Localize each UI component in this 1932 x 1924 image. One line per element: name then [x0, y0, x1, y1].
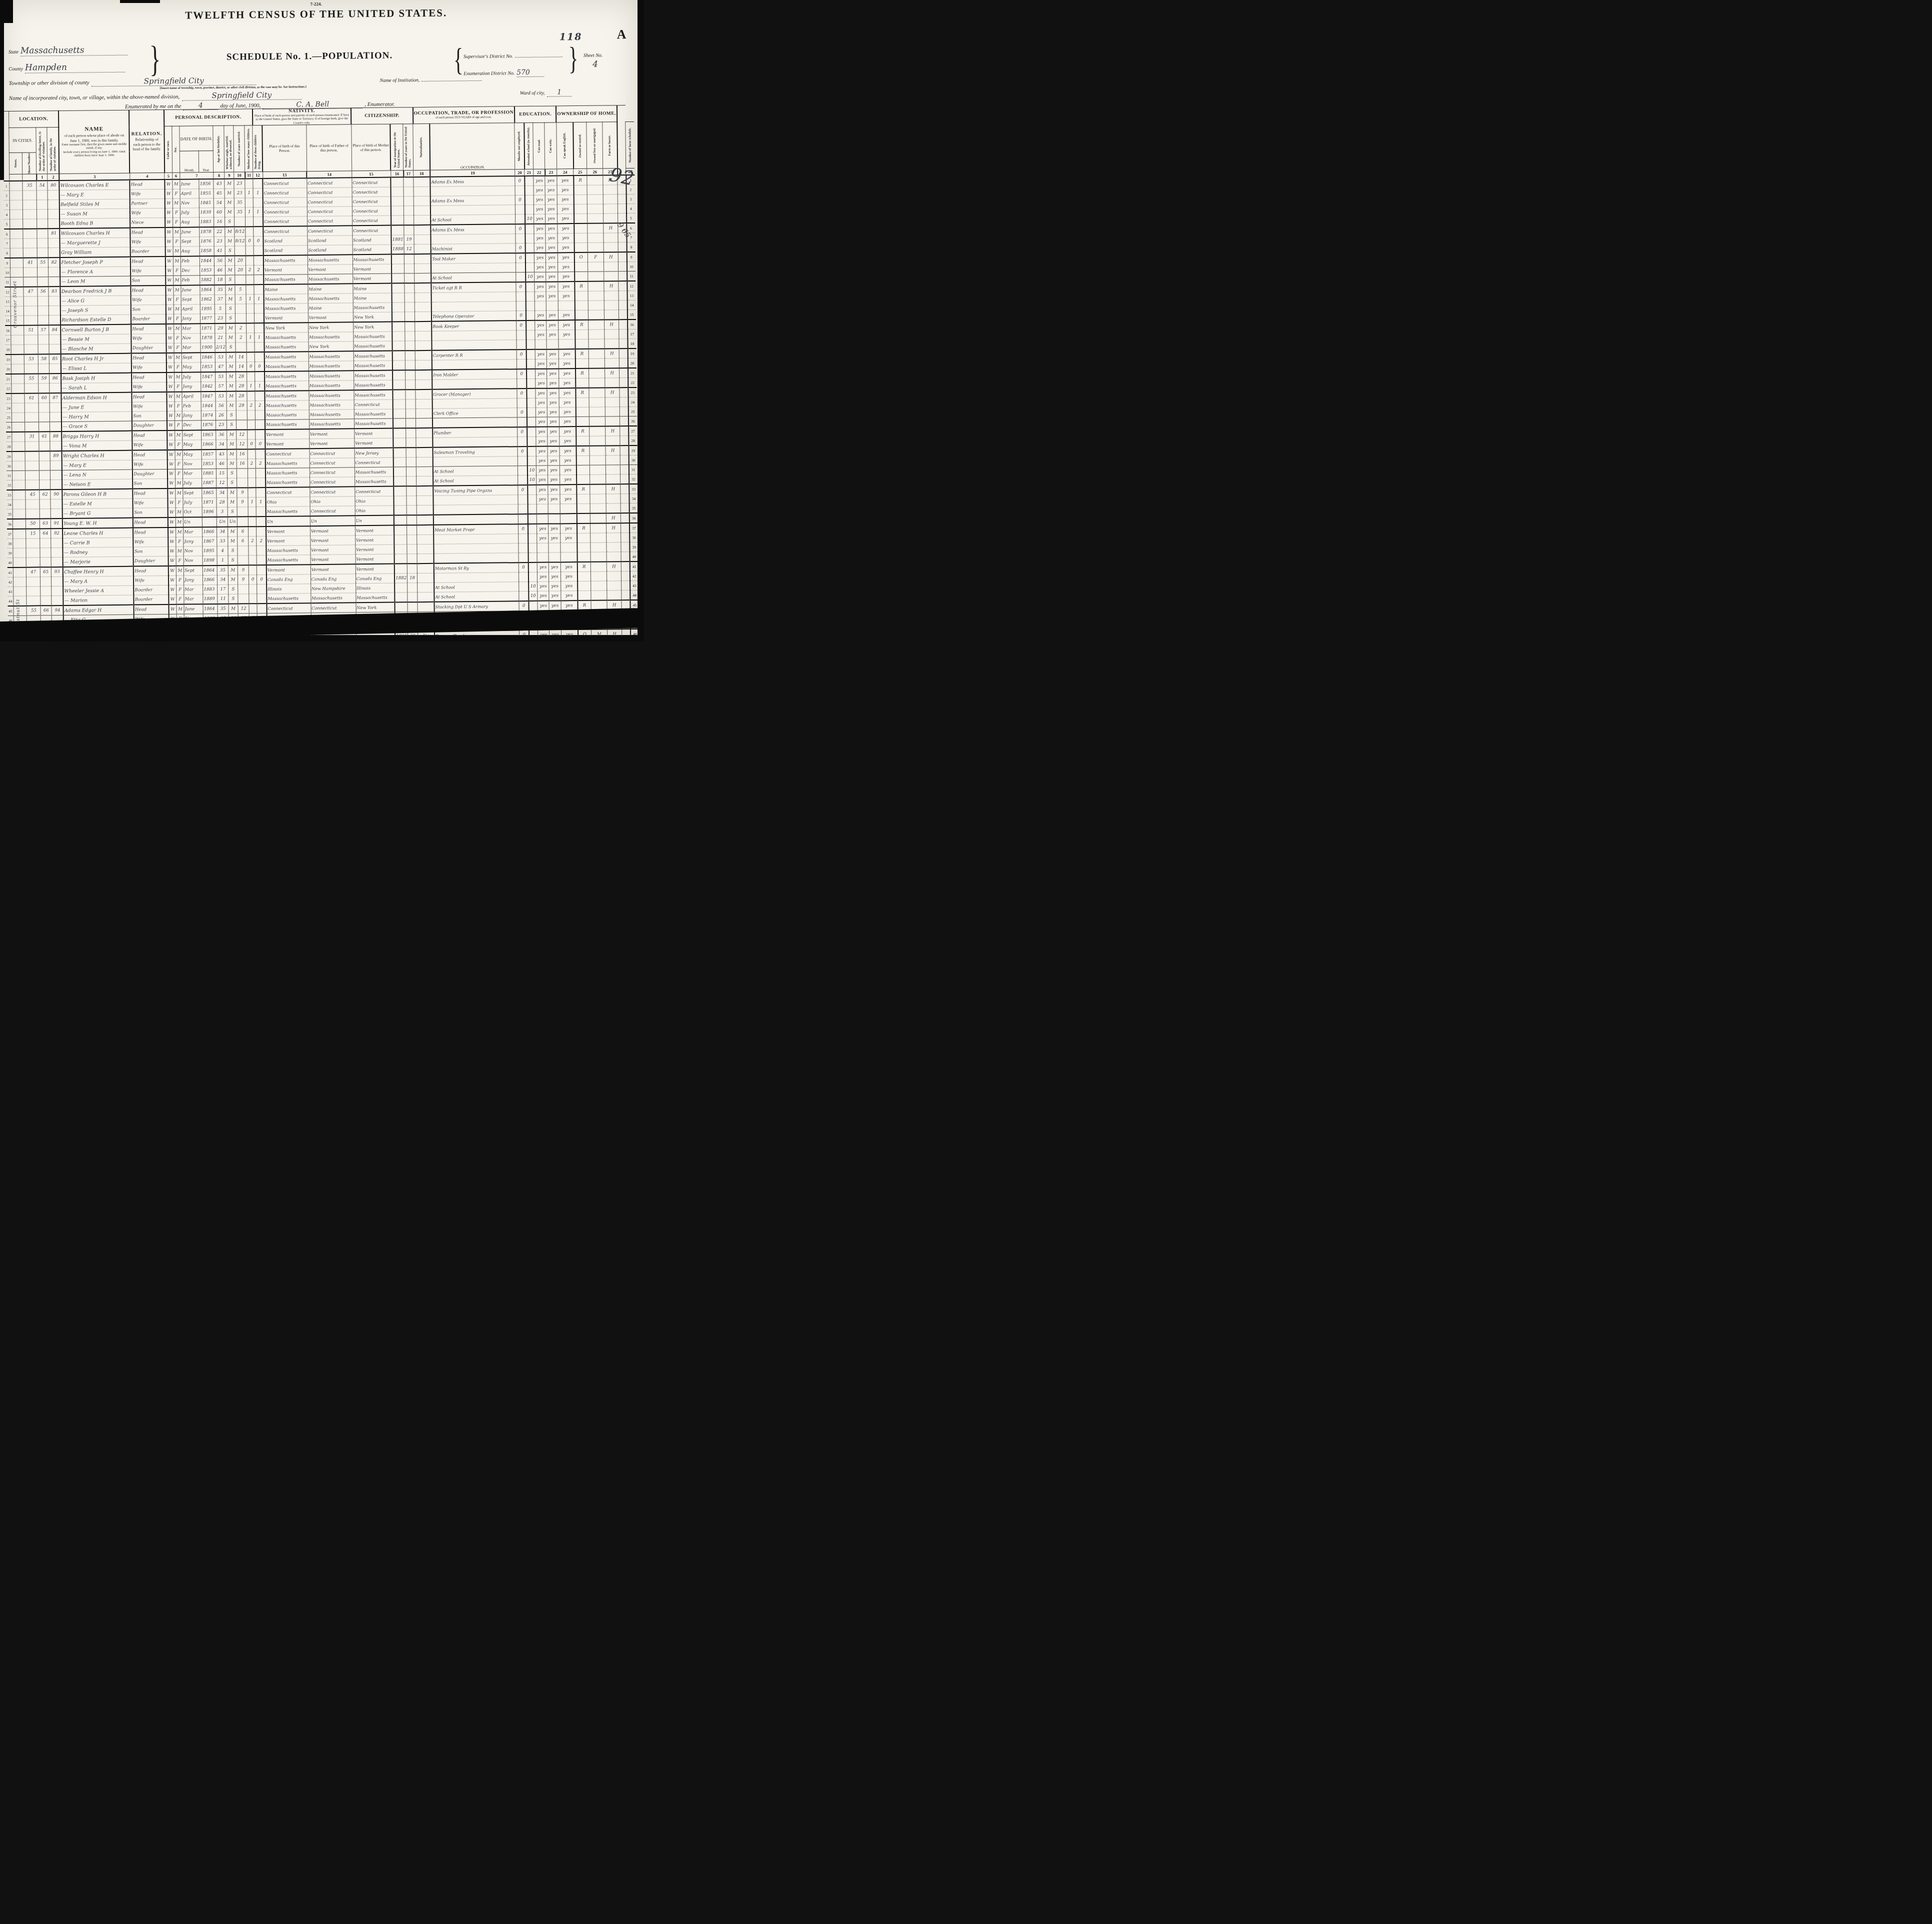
- cell-sc: [527, 436, 536, 446]
- cell-by: 1856: [199, 179, 213, 189]
- cell-st: [12, 441, 25, 451]
- cell-pm: Vermont: [355, 564, 394, 574]
- cell-rel: Head: [132, 392, 167, 402]
- cell-hn: [26, 577, 40, 586]
- cell-fh: H: [606, 484, 621, 494]
- cell-iy: [392, 341, 405, 351]
- cell-rd: yes: [535, 349, 546, 359]
- cell-sched: [621, 581, 630, 590]
- cell-m: M: [228, 527, 237, 537]
- cell-pm: Vermont: [352, 273, 391, 283]
- family-header: Number of family, in the order of visita…: [47, 127, 59, 174]
- cell-rd: yes: [536, 475, 548, 485]
- cell-c: W: [164, 189, 172, 198]
- cell-sched: [621, 533, 629, 542]
- row-number-right: 31: [629, 464, 637, 474]
- cell-fm: [588, 349, 604, 359]
- cell-bm: Aug: [180, 246, 199, 256]
- cell-pf: Massachusetts: [308, 370, 353, 380]
- cell-m: M: [227, 488, 237, 498]
- cell-sched: [619, 300, 627, 310]
- cell-fm: [590, 542, 606, 552]
- cell-pf: Massachusetts: [307, 254, 352, 264]
- cell-fm: [590, 552, 606, 562]
- cell-sched: [619, 319, 627, 329]
- cell-cl: [257, 603, 267, 613]
- cell-st: [12, 519, 26, 529]
- cell-pb: Massachusetts: [264, 332, 308, 342]
- cell-dw: [40, 577, 51, 586]
- cell-na: [417, 582, 434, 592]
- cell-hn: [23, 209, 37, 219]
- cell-mo: [516, 272, 525, 282]
- cell-sc: [526, 398, 535, 407]
- cell-by: 1839: [199, 208, 214, 217]
- cell-hn: [24, 344, 38, 354]
- row-number-right: 3: [626, 194, 634, 204]
- cell-fm: [589, 455, 605, 465]
- cell-mc: 0: [247, 439, 255, 449]
- cell-pf: Connecticut: [307, 197, 352, 207]
- cell-pf: Un: [310, 515, 355, 526]
- cell-sc: [526, 378, 535, 388]
- age-header: Age at last birthday.: [213, 126, 224, 172]
- cell-m: S: [225, 275, 235, 285]
- cell-m: M: [226, 372, 236, 382]
- cell-cl: [255, 429, 265, 439]
- cell-wr: yes: [545, 176, 556, 186]
- cell-hn: [23, 296, 37, 306]
- cell-name: — Harry M: [61, 411, 132, 421]
- cell-fh: [603, 242, 618, 252]
- cell-iy: [394, 544, 407, 554]
- cell-yu: [404, 215, 414, 225]
- cell-iy: [391, 273, 404, 283]
- cell-pb: Massachusetts: [265, 410, 309, 420]
- cell-cl: 0: [253, 236, 263, 246]
- cell-na: [414, 244, 431, 254]
- cell-rd: [536, 504, 548, 514]
- cell-s: F: [176, 556, 184, 566]
- cell-yu: [406, 476, 416, 486]
- cell-by: 1882: [200, 275, 214, 285]
- cell-s: F: [173, 266, 181, 275]
- cell-pf: Maine: [308, 303, 353, 313]
- cell-wr: yes: [548, 523, 560, 533]
- cell-mo: 0: [516, 311, 526, 321]
- cell-rel: Daughter: [132, 469, 167, 479]
- cell-pb: Vermont: [263, 265, 307, 275]
- cell-pb: Connecticut: [262, 178, 306, 188]
- column-number: 22: [533, 169, 545, 176]
- row-number-left: 13: [5, 296, 11, 306]
- cell-dw: 56: [37, 286, 48, 296]
- cell-iy: [394, 554, 407, 564]
- cell-iy: 1888: [391, 244, 404, 254]
- cell-c: W: [168, 604, 176, 614]
- cell-yu: 18: [407, 573, 417, 583]
- row-number-left: 45: [8, 606, 14, 616]
- cell-fam: [48, 277, 60, 287]
- cell-st: [12, 480, 25, 490]
- cell-s: F: [176, 594, 184, 604]
- cell-bm: May: [182, 449, 201, 459]
- cell-m: M: [225, 294, 235, 304]
- cell-st: [10, 229, 23, 239]
- cell-occ: Voicing Tuning Pipe Organs: [433, 485, 518, 495]
- cell-rel: Wife: [132, 382, 167, 392]
- cell-pb: Massachusetts: [264, 381, 308, 391]
- cell-sched: [620, 445, 628, 455]
- cell-s: M: [172, 198, 180, 208]
- cell-rd: [535, 339, 546, 349]
- cell-fam: [51, 548, 63, 557]
- cell-wr: yes: [546, 310, 558, 320]
- paper-sheet: 7-224. TWELFTH CENSUS OF THE UNITED STAT…: [0, 0, 638, 635]
- cell-ym: 9: [237, 487, 248, 497]
- cell-m: M: [224, 188, 234, 198]
- cell-s: F: [173, 295, 181, 304]
- cell-fam: [51, 586, 63, 596]
- cell-age: 16: [214, 217, 225, 227]
- cell-fh: [604, 291, 619, 300]
- cell-age: 18: [214, 275, 225, 285]
- cell-fam: [50, 441, 62, 451]
- cell-by: 1867: [202, 537, 217, 546]
- cell-dw: [38, 403, 49, 412]
- cell-iy: [394, 505, 407, 515]
- cell-age: 4: [217, 546, 228, 555]
- cell-sc: [526, 310, 535, 320]
- cell-hn: [25, 451, 39, 461]
- row-number-left: 32: [6, 480, 12, 490]
- cell-or: [576, 494, 590, 503]
- cell-fam: [50, 509, 62, 519]
- cell-iy: [393, 428, 406, 438]
- cell-yu: [405, 341, 415, 351]
- cell-cl: [257, 584, 267, 594]
- cell-occ: [433, 495, 518, 505]
- cell-pf: Connecticut: [309, 477, 354, 487]
- cell-rd: yes: [534, 253, 545, 263]
- cell-bm: April: [182, 391, 201, 401]
- row-number-left: 4: [4, 210, 10, 219]
- cell-wr: yes: [547, 349, 558, 359]
- marital-header: Whether single, married, widowed, or div…: [224, 125, 233, 172]
- cell-name: — Alice G: [60, 295, 131, 305]
- cell-fh: H: [605, 387, 620, 397]
- cell-occ: [431, 292, 516, 302]
- cell-pf: Scotland: [307, 245, 352, 255]
- cell-m: S: [228, 546, 237, 555]
- supervisor-value: [515, 56, 562, 57]
- cell-cl: 2: [256, 536, 266, 546]
- cell-occ: Iron Molder: [432, 369, 517, 379]
- cell-fm: [589, 416, 605, 426]
- cell-rel: Head: [133, 527, 168, 537]
- page-letter: A: [616, 27, 626, 42]
- cell-st: [11, 422, 25, 432]
- year-header: Year.: [199, 151, 213, 172]
- cell-age: 57: [215, 381, 226, 391]
- cell-bm: Dec: [181, 266, 200, 275]
- cell-age: 34: [216, 488, 227, 498]
- attended-header: Attended school (in months).: [524, 123, 533, 169]
- cell-m: M: [228, 575, 238, 584]
- cell-occ: [432, 437, 517, 447]
- imm-year-header: Year of immigration to the United States…: [390, 124, 403, 170]
- cell-m: M: [226, 401, 236, 410]
- cell-fm: [588, 368, 604, 378]
- cell-pm: New York: [356, 602, 395, 612]
- cell-mc: 1: [247, 381, 255, 391]
- column-number: 26: [586, 168, 602, 175]
- cell-c: W: [165, 227, 173, 237]
- cell-dw: [39, 499, 50, 509]
- cell-s: F: [172, 208, 180, 217]
- row-number-right: 14: [627, 300, 635, 309]
- cell-bm: Nov: [183, 546, 202, 556]
- cell-sc: [525, 262, 534, 272]
- cell-yu: [403, 177, 413, 187]
- cell-fm: [590, 494, 606, 503]
- cell-st: [11, 354, 24, 364]
- cell-rd: yes: [537, 581, 549, 591]
- cell-pm: Ohio: [355, 505, 394, 515]
- cell-pb: Connecticut: [266, 603, 310, 613]
- cell-yu: [405, 360, 415, 370]
- cell-wr: yes: [546, 291, 557, 301]
- cell-c: W: [167, 469, 175, 478]
- cell-cl: [253, 226, 263, 236]
- cell-by: 1847: [201, 372, 215, 382]
- cell-bm: Feb: [182, 401, 201, 411]
- cell-sc: [527, 417, 536, 427]
- cell-fm: [588, 329, 604, 339]
- cell-pf: Massachusetts: [309, 400, 354, 410]
- row-number-left: 38: [7, 538, 13, 548]
- cell-fm: [589, 465, 605, 474]
- cell-sp: yes: [557, 262, 574, 272]
- cell-rd: yes: [533, 176, 545, 186]
- cell-fh: H: [606, 561, 621, 571]
- cell-rel: Boarder: [134, 594, 169, 604]
- row-number-left: 29: [6, 451, 12, 461]
- cell-name: Parons Gileon H B: [62, 489, 133, 499]
- cell-pb: Massachusetts: [265, 458, 309, 468]
- cell-sp: yes: [560, 523, 577, 533]
- cell-mo: [515, 205, 525, 214]
- cell-wr: yes: [549, 581, 560, 591]
- cell-rel: Head: [131, 353, 166, 363]
- cell-bm: Mar: [181, 323, 200, 333]
- cell-cl: 0: [257, 575, 267, 584]
- cell-mo: [518, 466, 527, 475]
- cell-ym: 2: [235, 323, 246, 333]
- cell-sched: [620, 455, 629, 465]
- cell-iy: [393, 399, 406, 409]
- cell-sp: yes: [557, 195, 574, 204]
- cell-by: 1864: [200, 285, 214, 295]
- cell-sched: [621, 571, 630, 581]
- relation-title: RELATION.: [131, 131, 162, 137]
- cell-ym: [238, 584, 249, 594]
- column-number: 25: [573, 168, 587, 175]
- cell-sched: [618, 194, 626, 204]
- cell-by: 1896: [202, 507, 216, 517]
- cell-mo: 0: [518, 524, 528, 534]
- cell-yu: [405, 409, 415, 418]
- cell-dw: [39, 422, 50, 432]
- cell-wr: yes: [546, 272, 557, 282]
- street-header: Street.: [9, 152, 22, 174]
- row-number-right: 34: [629, 493, 637, 503]
- cell-fam: [49, 364, 61, 374]
- cell-c: W: [165, 246, 173, 256]
- column-number: 15: [351, 170, 390, 177]
- cell-wr: yes: [546, 243, 557, 253]
- cell-na: [416, 457, 433, 466]
- cell-sp: yes: [558, 368, 575, 378]
- cell-c: W: [166, 372, 174, 382]
- cell-m: S: [226, 313, 235, 323]
- row-number-right: 24: [628, 397, 636, 406]
- cell-by: 1878: [200, 333, 215, 343]
- cell-age: 43: [213, 179, 224, 189]
- cell-pm: Massachusetts: [354, 390, 393, 400]
- cell-pf: New York: [308, 341, 353, 351]
- cell-na: [415, 408, 432, 418]
- cell-by: 1858: [199, 246, 214, 256]
- cell-sc: [525, 224, 534, 234]
- row-number-left: 42: [7, 577, 13, 586]
- cell-pb: Vermont: [266, 564, 310, 574]
- cell-iy: [392, 302, 405, 312]
- cell-age: 46: [216, 459, 227, 468]
- cell-pf: Connecticut: [310, 506, 355, 516]
- cell-c: W: [165, 266, 173, 275]
- cell-s: F: [174, 382, 182, 392]
- cell-c: W: [167, 440, 175, 450]
- cell-m: M: [228, 536, 237, 546]
- cell-mo: [518, 504, 528, 514]
- name-title: NAME: [61, 126, 127, 133]
- cell-yu: 12: [404, 244, 414, 254]
- cell-c: W: [168, 585, 176, 594]
- cell-yu: [405, 389, 415, 399]
- cell-fm: [588, 300, 604, 310]
- cell-rel: Wife: [132, 460, 167, 470]
- enumeration-value: 570: [516, 68, 544, 77]
- cell-name: — Florence A: [60, 266, 130, 276]
- cell-fh: [603, 233, 618, 242]
- cell-mc: [248, 555, 256, 565]
- row-number-left: 9: [4, 258, 10, 268]
- cell-fam: 94: [51, 605, 63, 615]
- mother-of-header: Mother of how many children.: [244, 125, 253, 172]
- cell-rel: Daughter: [132, 421, 167, 431]
- cell-name: Alderman Edson H: [61, 392, 132, 403]
- cell-sc: 10: [528, 591, 537, 601]
- row-number-left: 24: [6, 403, 12, 412]
- cell-mo: [518, 553, 528, 563]
- cell-pm: New Jersey: [354, 448, 393, 458]
- pob-father-header: Place of birth of Father of this person.: [306, 124, 352, 171]
- cell-na: [416, 476, 433, 486]
- cell-na: [417, 602, 434, 612]
- cell-dw: [38, 383, 49, 393]
- cell-or: R: [577, 562, 591, 572]
- cell-iy: [392, 370, 405, 380]
- cell-by: 1844: [201, 401, 215, 411]
- cell-or: [576, 407, 589, 416]
- county-line: County Hampden: [8, 62, 125, 73]
- cell-cl: 1: [254, 333, 264, 342]
- cell-yu: [404, 254, 414, 264]
- cell-bm: Jany: [182, 411, 201, 420]
- cell-s: M: [173, 324, 181, 334]
- relation-header: RELATION. Relationship of each person to…: [129, 109, 164, 173]
- cell-m: S: [228, 555, 237, 565]
- pob-mother-header: Place of birth of Mother of this person.: [351, 124, 391, 171]
- cell-na: [415, 321, 432, 331]
- cell-fam: 84: [49, 325, 61, 335]
- cell-by: 1876: [201, 420, 216, 430]
- cell-occ: Plumber: [432, 427, 517, 437]
- cell-fam: [50, 499, 62, 509]
- cell-by: 1864: [203, 604, 217, 614]
- cell-na: [414, 234, 431, 244]
- cell-fm: [588, 320, 604, 330]
- cell-fam: [51, 577, 63, 586]
- cell-by: 1885: [202, 469, 216, 478]
- cell-hn: 31: [25, 431, 39, 441]
- cell-hn: 51: [24, 325, 38, 335]
- cell-hn: 61: [24, 393, 38, 403]
- cell-rel: Son: [131, 276, 166, 286]
- cell-pf: Connecticut: [309, 458, 354, 468]
- cell-fm: [588, 378, 604, 388]
- row-number-right: 35: [629, 503, 637, 513]
- cell-sp: yes: [557, 272, 574, 282]
- column-number: 23: [545, 169, 556, 176]
- cell-hn: 15: [26, 528, 40, 538]
- cell-fh: [606, 494, 621, 503]
- cell-sp: yes: [559, 436, 576, 446]
- column-number: 8: [213, 172, 224, 179]
- row-number-right: 10: [627, 261, 635, 271]
- cell-iy: [392, 360, 405, 370]
- cell-by: 1866: [201, 440, 216, 450]
- cell-s: M: [175, 478, 183, 488]
- cell-dw: [37, 277, 48, 287]
- years-married-header: Number of years married.: [233, 125, 245, 172]
- cell-dw: [38, 335, 49, 344]
- cell-pm: Vermont: [354, 428, 393, 438]
- cell-ym: [235, 342, 246, 352]
- cell-sc: [524, 195, 533, 204]
- cell-fh: H: [604, 281, 619, 291]
- cell-yu: [406, 486, 416, 496]
- cell-yu: [404, 206, 414, 215]
- cell-by: 1865: [202, 488, 216, 498]
- cell-yu: [405, 350, 415, 360]
- cell-rd: [537, 543, 548, 552]
- cell-c: W: [164, 198, 172, 208]
- cell-name: — Blanche M: [61, 343, 131, 354]
- cell-occ: Stocking Dpt U S Armory: [434, 601, 519, 611]
- cell-sp: yes: [558, 291, 575, 301]
